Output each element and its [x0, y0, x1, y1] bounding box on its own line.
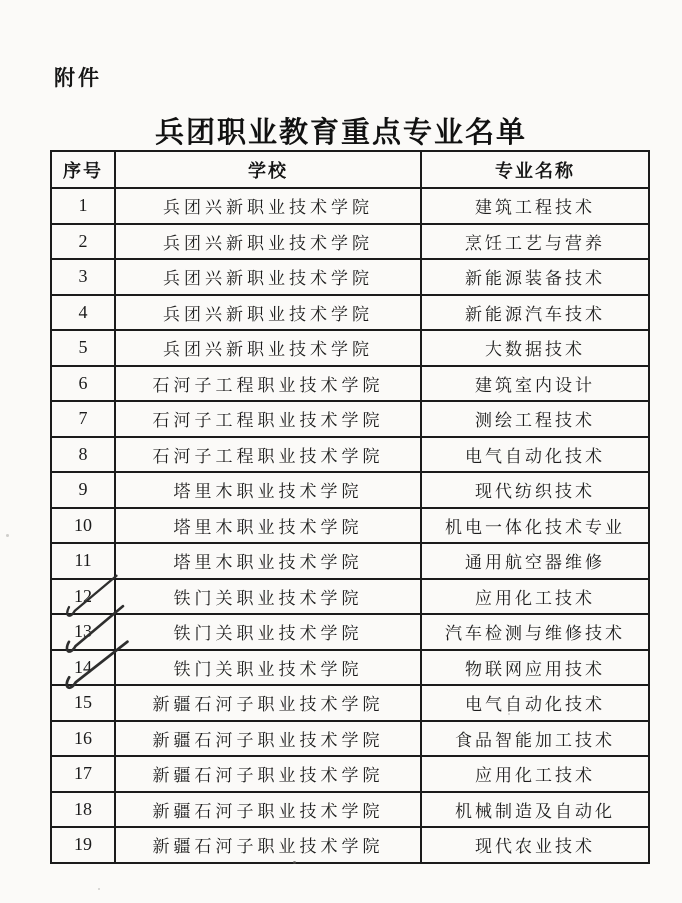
row-number: 1 — [79, 195, 88, 215]
row-number: 11 — [74, 550, 91, 570]
school-cell: 兵团兴新职业技术学院 — [115, 295, 421, 331]
row-number: 8 — [79, 444, 88, 464]
major-cell: 新能源装备技术 — [421, 259, 649, 295]
scan-speckle — [6, 534, 9, 537]
row-number-cell: 2 — [51, 224, 115, 260]
row-number-cell: 10 — [51, 508, 115, 544]
major-cell: 现代农业技术 — [421, 827, 649, 863]
row-number-cell: 11 — [51, 543, 115, 579]
row-number: 15 — [74, 692, 92, 712]
header-major: 专业名称 — [421, 151, 649, 188]
row-number: 4 — [79, 302, 88, 322]
row-number-cell: 13 — [51, 614, 115, 650]
school-cell: 兵团兴新职业技术学院 — [115, 224, 421, 260]
school-cell: 铁门关职业技术学院 — [115, 614, 421, 650]
school-cell: 铁门关职业技术学院 — [115, 650, 421, 686]
row-number: 12 — [74, 586, 92, 606]
row-number-cell: 16 — [51, 721, 115, 757]
scan-speckle — [508, 713, 510, 715]
school-cell: 兵团兴新职业技术学院 — [115, 188, 421, 224]
major-cell: 烹饪工艺与营养 — [421, 224, 649, 260]
major-cell: 物联网应用技术 — [421, 650, 649, 686]
table-row: 9塔里木职业技术学院现代纺织技术 — [51, 472, 649, 508]
school-cell: 铁门关职业技术学院 — [115, 579, 421, 615]
row-number: 13 — [74, 621, 92, 641]
major-cell: 建筑工程技术 — [421, 188, 649, 224]
row-number-cell: 4 — [51, 295, 115, 331]
row-number-cell: 19 — [51, 827, 115, 863]
table-row: 1兵团兴新职业技术学院建筑工程技术 — [51, 188, 649, 224]
school-cell: 石河子工程职业技术学院 — [115, 401, 421, 437]
table-row: 10塔里木职业技术学院机电一体化技术专业 — [51, 508, 649, 544]
row-number: 7 — [79, 408, 88, 428]
table-row: 6石河子工程职业技术学院建筑室内设计 — [51, 366, 649, 402]
row-number: 17 — [74, 763, 92, 783]
row-number-cell: 8 — [51, 437, 115, 473]
major-cell: 应用化工技术 — [421, 579, 649, 615]
table-row: 18新疆石河子职业技术学院机械制造及自动化 — [51, 792, 649, 828]
major-cell: 现代纺织技术 — [421, 472, 649, 508]
table-row: 8石河子工程职业技术学院电气自动化技术 — [51, 437, 649, 473]
row-number: 10 — [74, 515, 92, 535]
table-row: 16新疆石河子职业技术学院食品智能加工技术 — [51, 721, 649, 757]
row-number-cell: 18 — [51, 792, 115, 828]
row-number-cell: 5 — [51, 330, 115, 366]
row-number: 14 — [74, 657, 92, 677]
major-cell: 测绘工程技术 — [421, 401, 649, 437]
table-row: 4兵团兴新职业技术学院新能源汽车技术 — [51, 295, 649, 331]
page-title: 兵团职业教育重点专业名单 — [0, 110, 682, 151]
table-row: 3兵团兴新职业技术学院新能源装备技术 — [51, 259, 649, 295]
row-number: 9 — [79, 479, 88, 499]
row-number: 5 — [79, 337, 88, 357]
table-row: 2兵团兴新职业技术学院烹饪工艺与营养 — [51, 224, 649, 260]
major-cell: 电气自动化技术 — [421, 437, 649, 473]
row-number: 16 — [74, 728, 92, 748]
row-number: 6 — [79, 373, 88, 393]
table-header-row: 序号 学校 专业名称 — [51, 151, 649, 188]
major-cell: 机电一体化技术专业 — [421, 508, 649, 544]
school-cell: 新疆石河子职业技术学院 — [115, 721, 421, 757]
school-cell: 石河子工程职业技术学院 — [115, 437, 421, 473]
table-row: 14铁门关职业技术学院物联网应用技术 — [51, 650, 649, 686]
school-cell: 新疆石河子职业技术学院 — [115, 792, 421, 828]
row-number-cell: 1 — [51, 188, 115, 224]
row-number-cell: 9 — [51, 472, 115, 508]
row-number-cell: 17 — [51, 756, 115, 792]
header-school: 学校 — [115, 151, 421, 188]
table-row: 12铁门关职业技术学院应用化工技术 — [51, 579, 649, 615]
school-cell: 新疆石河子职业技术学院 — [115, 756, 421, 792]
row-number-cell: 14 — [51, 650, 115, 686]
scanned-document-page: 附件 兵团职业教育重点专业名单 序号 学校 专业名称 1兵团兴新职业技术学院建筑… — [0, 0, 682, 903]
scan-speckle — [293, 861, 296, 864]
row-number-cell: 6 — [51, 366, 115, 402]
school-cell: 塔里木职业技术学院 — [115, 543, 421, 579]
row-number-cell: 12 — [51, 579, 115, 615]
row-number-cell: 3 — [51, 259, 115, 295]
row-number: 2 — [79, 231, 88, 251]
major-cell: 汽车检测与维修技术 — [421, 614, 649, 650]
table-row: 11塔里木职业技术学院通用航空器维修 — [51, 543, 649, 579]
school-cell: 新疆石河子职业技术学院 — [115, 827, 421, 863]
row-number-cell: 15 — [51, 685, 115, 721]
major-cell: 通用航空器维修 — [421, 543, 649, 579]
major-cell: 机械制造及自动化 — [421, 792, 649, 828]
school-cell: 塔里木职业技术学院 — [115, 508, 421, 544]
table-body: 1兵团兴新职业技术学院建筑工程技术2兵团兴新职业技术学院烹饪工艺与营养3兵团兴新… — [51, 188, 649, 863]
school-cell: 兵团兴新职业技术学院 — [115, 259, 421, 295]
table-row: 15新疆石河子职业技术学院电气自动化技术 — [51, 685, 649, 721]
header-index: 序号 — [51, 151, 115, 188]
attachment-label: 附件 — [54, 62, 102, 92]
major-cell: 新能源汽车技术 — [421, 295, 649, 331]
row-number: 3 — [79, 266, 88, 286]
major-cell: 大数据技术 — [421, 330, 649, 366]
school-cell: 石河子工程职业技术学院 — [115, 366, 421, 402]
school-cell: 新疆石河子职业技术学院 — [115, 685, 421, 721]
table-row: 19新疆石河子职业技术学院现代农业技术 — [51, 827, 649, 863]
school-cell: 兵团兴新职业技术学院 — [115, 330, 421, 366]
row-number: 19 — [74, 834, 92, 854]
table-row: 5兵团兴新职业技术学院大数据技术 — [51, 330, 649, 366]
scan-speckle — [98, 888, 100, 890]
table-row: 17新疆石河子职业技术学院应用化工技术 — [51, 756, 649, 792]
row-number: 18 — [74, 799, 92, 819]
table-row: 7石河子工程职业技术学院测绘工程技术 — [51, 401, 649, 437]
school-cell: 塔里木职业技术学院 — [115, 472, 421, 508]
row-number-cell: 7 — [51, 401, 115, 437]
major-cell: 食品智能加工技术 — [421, 721, 649, 757]
majors-table: 序号 学校 专业名称 1兵团兴新职业技术学院建筑工程技术2兵团兴新职业技术学院烹… — [50, 150, 650, 864]
table-row: 13铁门关职业技术学院汽车检测与维修技术 — [51, 614, 649, 650]
major-cell: 建筑室内设计 — [421, 366, 649, 402]
major-cell: 应用化工技术 — [421, 756, 649, 792]
major-cell: 电气自动化技术 — [421, 685, 649, 721]
